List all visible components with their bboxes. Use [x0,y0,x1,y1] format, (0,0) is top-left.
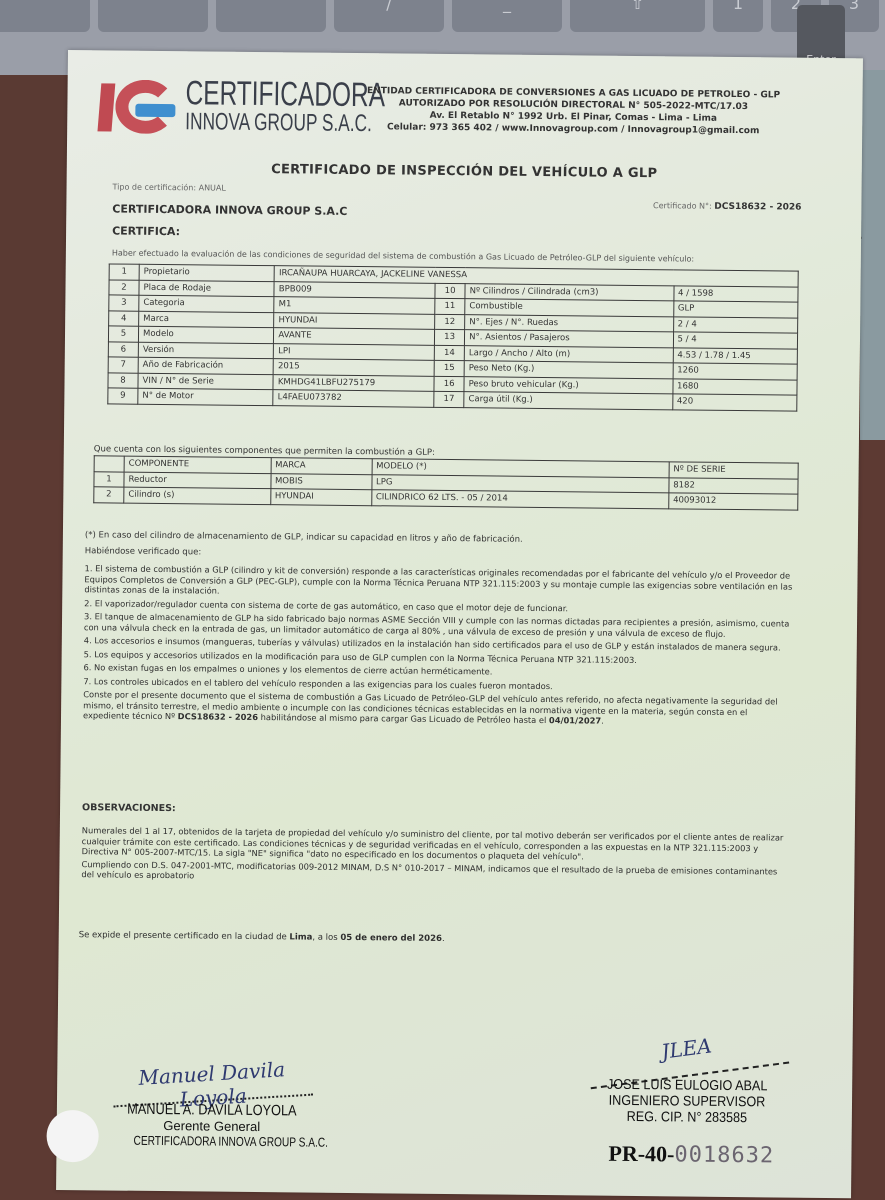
document-title: CERTIFICADO DE INSPECCIÓN DEL VEHÍCULO A… [67,160,862,183]
manager-signature-block: Manuel Davila Loyola MANUEL A. DAVILA LO… [112,1061,313,1150]
keyboard-key [216,0,326,32]
entity-header: ENTIDAD CERTIFICADORA DE CONVERSIONES A … [363,85,783,137]
signer-registration: REG. CIP. N° 283585 [597,1108,777,1126]
certification-type: Tipo de certificación: ANUAL [113,182,226,192]
issued-statement: Se expide el presente certificado en la … [79,930,445,944]
intro-text: Haber efectuado la evaluación de las con… [112,248,694,263]
conste-paragraph: Conste por el presente documento que el … [83,689,793,728]
signature-scribble: Manuel Davila Loyola [111,1056,313,1108]
keyboard-key: _ [452,0,562,32]
certificate-number-value: DCS18632 - 2026 [714,202,801,213]
observations-text: Numerales del 1 al 17, obtenidos de la t… [81,825,792,889]
certificate-document: CERTIFICADORA INNOVA GROUP S.A.C. ENTIDA… [56,50,863,1198]
components-note: (*) En caso del cilindro de almacenamien… [85,530,523,545]
form-serial: 0018632 [674,1142,774,1168]
certificate-number-label: Certificado N°: [653,201,712,211]
keyboard-key [0,0,90,32]
ig-logo-icon [97,75,180,134]
signer-role: INGENIERO SUPERVISOR [597,1092,777,1110]
certifica-heading: CERTIFICA: [112,224,180,238]
logo-line-2: INNOVA GROUP S.A.C. [185,110,385,136]
keyboard-key [98,0,208,32]
engineer-signature-block: JLEA JOSE LUIS EULOGIO ABAL INGENIERO SU… [587,1035,788,1125]
shift-key: ⇧ [570,0,705,32]
form-code: PR-40-0018632 [608,1141,774,1169]
signer-org: CERTIFICADORA INNOVA GROUP S.A.C. [134,1133,290,1150]
keyboard-key-1: 1 [713,0,763,32]
signer-name: JOSE LUIS EULOGIO ABAL [597,1076,777,1094]
observations-title: OBSERVACIONES: [82,802,176,814]
logo-line-1: CERTIFICADORA [185,76,385,112]
vehicle-table: 1 Propietario IRCAÑAUPA HUARCAYA, JACKEL… [107,263,798,411]
checks-list: 1. El sistema de combustión a GLP (cilin… [83,563,795,731]
list-item: 1. El sistema de combustión a GLP (cilin… [84,563,794,602]
verified-heading: Habiéndose verificado que: [85,546,202,557]
certificate-number: Certificado N°: DCS18632 - 2026 [653,201,801,213]
components-table: COMPONENTE MARCA MODELO (*) Nº DE SERIE … [93,455,798,510]
redacted-stamp [46,1110,99,1163]
keyboard-key: / [334,0,444,32]
company-name: CERTIFICADORA INNOVA GROUP S.A.C [112,202,347,217]
signer-name: MANUEL A. DAVILA LOYOLA [127,1101,297,1120]
